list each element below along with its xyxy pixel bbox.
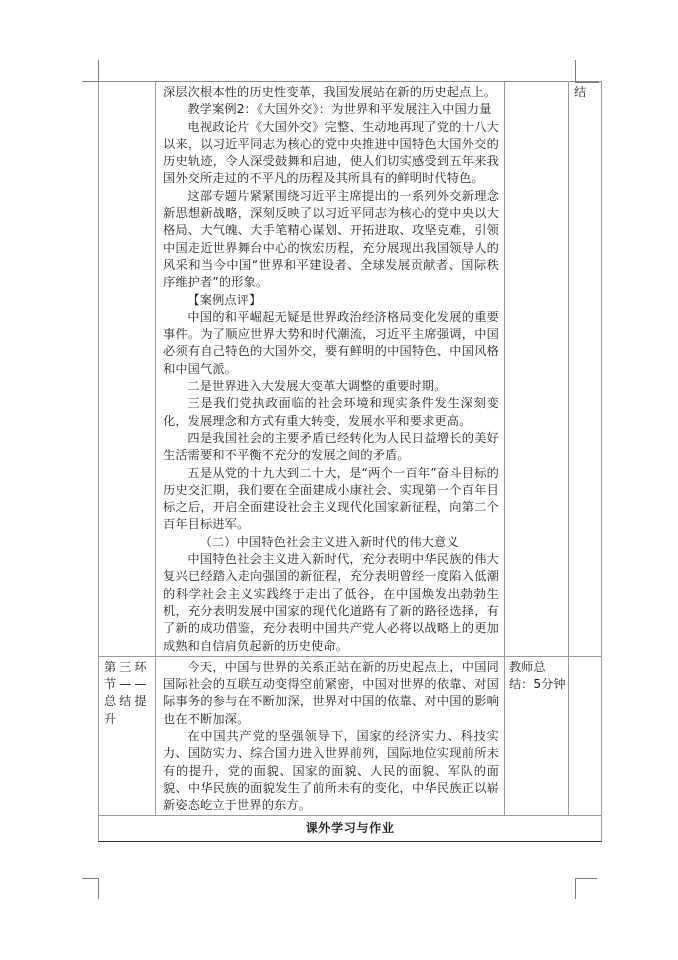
- remark-cell-empty: [569, 656, 602, 816]
- paragraph: 二是世界进入大发展大变革大调整的重要时期。: [163, 378, 499, 395]
- paragraph: 五是从党的十九大到二十大，是“两个一百年”奋斗目标的历史交汇期，我们要在全面建成…: [163, 465, 499, 534]
- crop-mark-top-left: [82, 81, 98, 82]
- paragraph: 今天，中国与世界的关系正站在新的历史起点上，中国同国际社会的互联互动变得空前紧密…: [163, 659, 499, 728]
- stage-cell: 第三环节——总结提升: [99, 656, 156, 816]
- continuation-cell: 结: [569, 82, 602, 657]
- content-cell: 深层次根本性的历史性变革，我国发展站在新的历史起点上。教学案例2：《大国外交》：…: [156, 82, 505, 657]
- content-text: 深层次根本性的历史性变革，我国发展站在新的历史起点上。教学案例2：《大国外交》：…: [156, 82, 504, 656]
- paragraph: 在中国共产党的坚强领导下，国家的经济实力、科技实力、国防实力、综合国力进入世界前…: [163, 728, 499, 814]
- paragraph: 中国的和平崛起无疑是世界政治经济格局变化发展的重要事件。为了顺应世界大势和时代潮…: [163, 309, 499, 378]
- paragraph: 电视政论片《大国外交》完整、生动地再现了党的十八大以来，以习近平同志为核心的党中…: [163, 119, 499, 188]
- crop-mark-top-right: [575, 60, 576, 81]
- crop-mark-bottom-left: [98, 878, 99, 899]
- time-label: 教师总结：5分钟: [505, 657, 568, 694]
- content-cell: 今天，中国与世界的关系正站在新的历史起点上，中国同国际社会的互联互动变得空前紧密…: [156, 656, 505, 816]
- table-row-continued: 深层次根本性的历史性变革，我国发展站在新的历史起点上。教学案例2：《大国外交》：…: [99, 82, 602, 657]
- time-cell-empty: [505, 82, 569, 657]
- paragraph: 中国特色社会主义进入新时代，充分表明中华民族的伟大复兴已经踏入走向强国的新征程，…: [163, 551, 499, 655]
- paragraph: 深层次根本性的历史性变革，我国发展站在新的历史起点上。: [163, 84, 499, 101]
- paragraph: 教学案例2：《大国外交》：为世界和平发展注入中国力量: [163, 101, 499, 118]
- crop-mark-bottom-left: [82, 878, 98, 879]
- time-cell: 教师总结：5分钟: [505, 656, 569, 816]
- document-page: 深层次根本性的历史性变革，我国发展站在新的历史起点上。教学案例2：《大国外交》：…: [0, 0, 678, 960]
- homework-header: 课外学习与作业: [99, 816, 602, 842]
- paragraph: （二）中国特色社会主义进入新时代的伟大意义: [163, 534, 499, 551]
- crop-mark-bottom-right: [575, 878, 597, 879]
- content-text: 今天，中国与世界的关系正站在新的历史起点上，中国同国际社会的互联互动变得空前紧密…: [156, 657, 504, 816]
- continuation-label: 结: [569, 82, 601, 101]
- paragraph: 四是我国社会的主要矛盾已经转化为人民日益增长的美好生活需要和不平衡不充分的发展之…: [163, 430, 499, 465]
- table-row-footer: 课外学习与作业: [99, 816, 602, 842]
- paragraph: 这部专题片紧紧围绕习近平主席提出的一系列外交新理念新思想新战略，深刻反映了以习近…: [163, 188, 499, 292]
- paragraph: 【案例点评】: [163, 292, 499, 309]
- paragraph: 三是我们党执政面临的社会环境和现实条件发生深刻变化，发展理念和方式有重大转变，发…: [163, 395, 499, 430]
- stage-cell-empty: [99, 82, 156, 657]
- crop-mark-bottom-right: [575, 878, 576, 899]
- stage-label: 第三环节——总结提升: [99, 657, 155, 728]
- lesson-plan-table: 深层次根本性的历史性变革，我国发展站在新的历史起点上。教学案例2：《大国外交》：…: [98, 81, 602, 842]
- crop-mark-top-left: [98, 60, 99, 81]
- table-row-section3: 第三环节——总结提升 今天，中国与世界的关系正站在新的历史起点上，中国同国际社会…: [99, 656, 602, 816]
